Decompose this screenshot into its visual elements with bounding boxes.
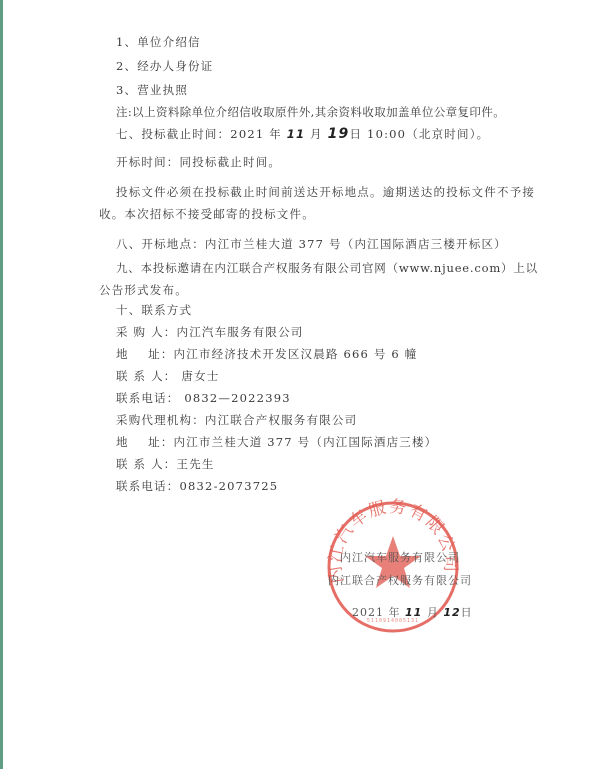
signature-date: 2021 年 11 月 12日: [352, 604, 473, 620]
opening-time-line: 开标时间：同投标截止时间。: [116, 154, 281, 170]
agency-contact-line: 联 系 人：王先生: [116, 456, 215, 472]
handwritten-date-day: 12: [443, 606, 460, 619]
purchaser-contact-line: 联 系 人： 唐女士: [116, 368, 219, 384]
handwritten-date-month: 11: [405, 606, 422, 619]
agency-address-line: 地 址：内江市兰桂大道 377 号（内江国际酒店三楼）: [116, 434, 437, 450]
signature-company-2: 内江联合产权服务有限公司: [328, 572, 472, 588]
date-year: 2021 年: [352, 606, 401, 619]
note-line: 注:以上资料除单位介绍信收取原件外,其余资料收取加盖单位公章复印件。: [116, 104, 505, 120]
contact-heading: 十、联系方式: [116, 302, 192, 318]
bid-deadline-line: 七、投标截止时间：2021 年 11 月 19日 10:00（北京时间）。: [116, 126, 489, 142]
page-left-border: [0, 0, 3, 769]
handwritten-month: 11: [287, 127, 305, 141]
purchaser-line: 采 购 人：内江汽车服务有限公司: [116, 324, 304, 340]
agency-line: 采购代理机构：内江联合产权服务有限公司: [116, 412, 357, 428]
deadline-mid: 月: [310, 127, 323, 141]
signature-company-1: 内江汽车服务有限公司: [340, 549, 460, 565]
date-mid: 月: [427, 606, 439, 619]
agency-phone-line: 联系电话：0832-2073725: [116, 478, 278, 494]
opening-location-line: 八、开标地点：内江市兰桂大道 377 号（内江国际酒店三楼开标区）: [116, 236, 507, 252]
doc-line-8: 收。本次招标不接受邮寄的投标文件。: [99, 206, 315, 222]
purchaser-phone-line: 联系电话： 0832—2022393: [116, 390, 291, 406]
publish-line: 九、本投标邀请在内江联合产权服务有限公司官网（www.njuee.com）上以: [116, 260, 538, 276]
doc-line-7: 投标文件必须在投标截止时间前送达开标地点。逾期送达的投标文件不予接: [116, 184, 535, 200]
deadline-suffix: 日 10:00（北京时间）。: [350, 127, 490, 141]
purchaser-address-line: 地 址：内江市经济技术开发区汉晨路 666 号 6 幢: [116, 346, 418, 362]
doc-line-2: 2、经办人身份证: [116, 58, 213, 74]
date-suffix: 日: [461, 606, 473, 619]
doc-line-11: 公告形式发布。: [99, 282, 188, 298]
handwritten-day: 19: [328, 126, 350, 142]
deadline-prefix: 七、投标截止时间：2021 年: [116, 127, 282, 141]
doc-line-1: 1、单位介绍信: [116, 34, 201, 50]
doc-line-3: 3、营业执照: [116, 82, 188, 98]
